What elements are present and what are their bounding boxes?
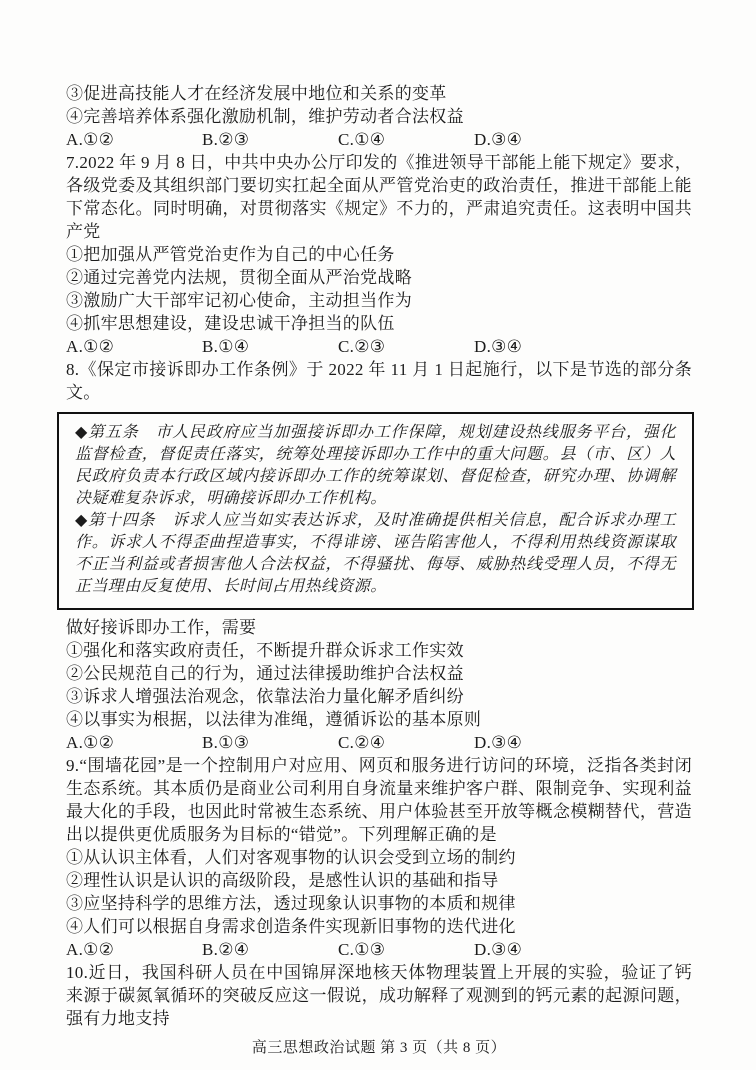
q9-option-b: B.②④ <box>202 938 338 961</box>
q9-item-1: ①从认识主体看，人们对客观事物的认识会受到立场的制约 <box>66 846 692 869</box>
q9-answer-options: A.①② B.②④ C.①③ D.③④ <box>66 938 692 961</box>
q10-stem: 10.近日，我国科研人员在中国锦屏深地核天体物理装置上开展的实验，验证了钙来源于… <box>66 961 692 1030</box>
q6-option-d: D.③④ <box>474 128 522 151</box>
q8-option-a: A.①② <box>66 731 202 754</box>
exam-page: ③促进高技能人才在经济发展中地位和关系的变革 ④完善培养体系强化激励机制，维护劳… <box>0 0 756 1070</box>
q6-item-3: ③促进高技能人才在经济发展中地位和关系的变革 <box>66 82 692 105</box>
q8-item-3: ③诉求人增强法治观念，依靠法治力量化解矛盾纠纷 <box>66 685 692 708</box>
q6-option-c: C.①④ <box>338 128 474 151</box>
page-footer: 高三思想政治试题 第 3 页（共 8 页） <box>66 1038 692 1059</box>
q8-item-2: ②公民规范自己的行为，通过法律援助维护合法权益 <box>66 662 692 685</box>
q9-option-d: D.③④ <box>474 938 522 961</box>
q7-item-2: ②通过完善党内法规，贯彻全面从严治党战略 <box>66 266 692 289</box>
q8-item-4: ④以事实为根据，以法律为准绳，遵循诉讼的基本原则 <box>66 708 692 731</box>
q7-option-d: D.③④ <box>474 335 522 358</box>
q9-option-c: C.①③ <box>338 938 474 961</box>
q8-item-1: ①强化和落实政府责任，不断提升群众诉求工作实效 <box>66 639 692 662</box>
q8-option-b: B.①③ <box>202 731 338 754</box>
q9-option-a: A.①② <box>66 938 202 961</box>
q6-answer-options: A.①② B.②③ C.①④ D.③④ <box>66 128 692 151</box>
q8-stem: 做好接诉即办工作，需要 <box>66 616 692 639</box>
q6-option-b: B.②③ <box>202 128 338 151</box>
q7-item-4: ④抓牢思想建设，建设忠诚干净担当的队伍 <box>66 312 692 335</box>
q8-intro: 8.《保定市接诉即办工作条例》于 2022 年 11 月 1 日起施行，以下是节… <box>66 358 692 404</box>
q8-option-d: D.③④ <box>474 731 522 754</box>
q8-excerpt-article-5: ◆第五条 市人民政府应当加强接诉即办工作保障，规划建设热线服务平台，强化监督检查… <box>75 422 676 510</box>
q8-answer-options: A.①② B.①③ C.②④ D.③④ <box>66 731 692 754</box>
q7-option-c: C.②③ <box>338 335 474 358</box>
q9-item-2: ②理性认识是认识的高级阶段，是感性认识的基础和指导 <box>66 869 692 892</box>
q7-item-3: ③激励广大干部牢记初心使命，主动担当作为 <box>66 289 692 312</box>
q9-item-4: ④人们可以根据自身需求创造条件实现新旧事物的迭代进化 <box>66 915 692 938</box>
q8-regulation-excerpt-box: ◆第五条 市人民政府应当加强接诉即办工作保障，规划建设热线服务平台，强化监督检查… <box>57 412 694 610</box>
q9-item-3: ③应坚持科学的思维方法，透过现象认识事物的本质和规律 <box>66 892 692 915</box>
q7-item-1: ①把加强从严管党治吏作为自己的中心任务 <box>66 243 692 266</box>
q6-option-a: A.①② <box>66 128 202 151</box>
q7-answer-options: A.①② B.①④ C.②③ D.③④ <box>66 335 692 358</box>
q7-option-b: B.①④ <box>202 335 338 358</box>
q8-option-c: C.②④ <box>338 731 474 754</box>
q7-stem: 7.2022 年 9 月 8 日，中共中央办公厅印发的《推进领导干部能上能下规定… <box>66 151 692 243</box>
q9-stem: 9.“围墙花园”是一个控制用户对应用、网页和服务进行访问的环境，泛指各类封闭生态… <box>66 754 692 846</box>
q6-item-4: ④完善培养体系强化激励机制，维护劳动者合法权益 <box>66 105 692 128</box>
q7-option-a: A.①② <box>66 335 202 358</box>
q8-excerpt-article-14: ◆第十四条 诉求人应当如实表达诉求，及时准确提供相关信息，配合诉求办理工作。诉求… <box>75 510 676 598</box>
